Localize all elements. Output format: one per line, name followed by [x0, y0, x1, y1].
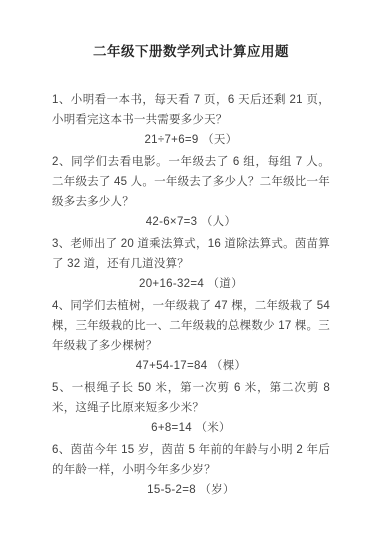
question-text: 6、茵苗今年 15 岁，茵苗 5 年前的年龄与小明 2 年后的年龄一样，小明今年… [52, 440, 330, 480]
answer-equation: 20+16-32=4 （道） [52, 274, 330, 294]
question-text: 1、小明看一本书，每天看 7 页，6 天后还剩 21 页，小明看完这本书一共需要… [52, 90, 330, 130]
answer-equation: 42-6×7=3 （人） [52, 212, 330, 232]
question-text: 3、老师出了 20 道乘法算式，16 道除法算式。茵苗算了 32 道，还有几道没… [52, 234, 330, 274]
question-text: 5、一根绳子长 50 米，第一次剪 6 米，第二次剪 8 米，这绳子比原来短多少… [52, 378, 330, 418]
question-text: 2、同学们去看电影。一年级去了 6 组，每组 7 人。二年级去了 45 人。一年… [52, 152, 330, 212]
question-block-6: 6、茵苗今年 15 岁，茵苗 5 年前的年龄与小明 2 年后的年龄一样，小明今年… [52, 440, 330, 500]
question-block-2: 2、同学们去看电影。一年级去了 6 组，每组 7 人。二年级去了 45 人。一年… [52, 152, 330, 232]
page-title: 二年级下册数学列式计算应用题 [52, 42, 330, 62]
answer-equation: 21÷7+6=9 （天） [52, 130, 330, 150]
question-block-5: 5、一根绳子长 50 米，第一次剪 6 米，第二次剪 8 米，这绳子比原来短多少… [52, 378, 330, 438]
question-block-3: 3、老师出了 20 道乘法算式，16 道除法算式。茵苗算了 32 道，还有几道没… [52, 234, 330, 294]
answer-equation: 15-5-2=8 （岁） [52, 480, 330, 500]
answer-equation: 6+8=14 （米） [52, 418, 330, 438]
question-block-1: 1、小明看一本书，每天看 7 页，6 天后还剩 21 页，小明看完这本书一共需要… [52, 90, 330, 150]
question-block-4: 4、同学们去植树，一年级栽了 47 棵，二年级栽了 54 棵，三年级栽的比一、二… [52, 296, 330, 376]
question-text: 4、同学们去植树，一年级栽了 47 棵，二年级栽了 54 棵，三年级栽的比一、二… [52, 296, 330, 356]
answer-equation: 47+54-17=84 （棵） [52, 356, 330, 376]
worksheet-page: 二年级下册数学列式计算应用题 1、小明看一本书，每天看 7 页，6 天后还剩 2… [0, 0, 382, 540]
